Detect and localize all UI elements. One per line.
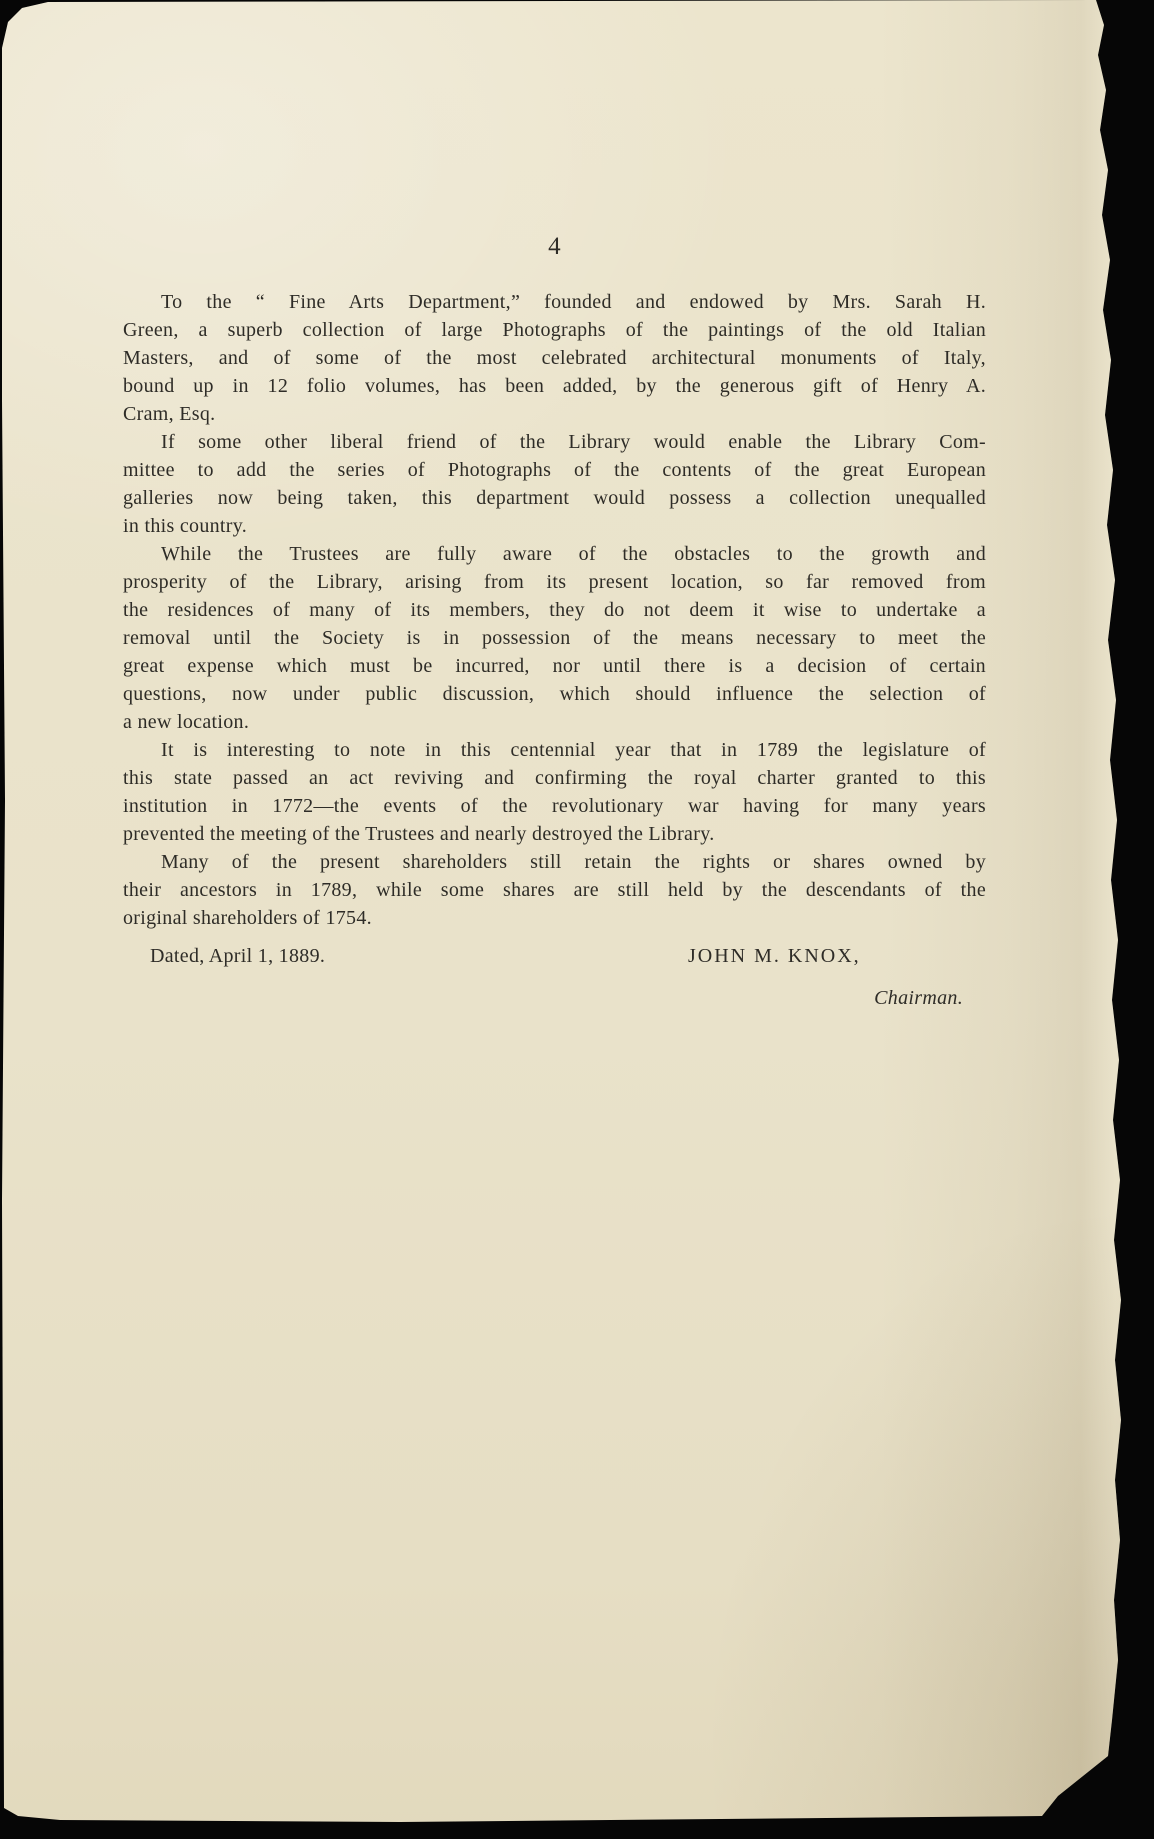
text-line: institution in 1772—the events of the re… [123,792,986,820]
dated-line: Dated, April 1, 1889. [150,945,325,967]
text-line: this state passed an act reviving and co… [123,764,986,792]
text-line: If some other liberal friend of the Libr… [123,428,986,456]
paragraph: Many of the present shareholders still r… [123,848,986,932]
paragraph: It is interesting to note in this centen… [123,736,986,848]
text-line: Many of the present shareholders still r… [123,848,986,876]
document-page: 4 To the “ Fine Arts Department,” founde… [0,0,1126,1839]
text-line: Green, a superb collection of large Phot… [123,316,986,344]
text-line: Cram, Esq. [123,400,986,428]
signature-name: JOHN M. KNOX, [688,942,861,970]
text-line: removal until the Society is in possessi… [123,624,986,652]
paragraph: If some other liberal friend of the Libr… [123,428,986,540]
text-line: prevented the meeting of the Trustees an… [123,820,986,848]
paragraph: To the “ Fine Arts Department,” founded … [123,288,986,428]
text-line: great expense which must be incurred, no… [123,652,986,680]
text-line: mittee to add the series of Photographs … [123,456,986,484]
text-line: in this country. [123,512,986,540]
paragraph: While the Trustees are fully aware of th… [123,540,986,736]
page-content: 4 To the “ Fine Arts Department,” founde… [123,0,986,1012]
text-line: questions, now under public discussion, … [123,680,986,708]
text-line: the residences of many of its members, t… [123,596,986,624]
signature-title: Chairman. [123,984,986,1012]
text-line: bound up in 12 folio volumes, has been a… [123,372,986,400]
signature-block: Dated, April 1, 1889. JOHN M. KNOX, [123,942,986,970]
text-line: a new location. [123,708,986,736]
text-line: It is interesting to note in this centen… [123,736,986,764]
text-line: prosperity of the Library, arising from … [123,568,986,596]
text-line: their ancestors in 1789, while some shar… [123,876,986,904]
text-line: While the Trustees are fully aware of th… [123,540,986,568]
text-line: original shareholders of 1754. [123,904,986,932]
text-line: galleries now being taken, this departme… [123,484,986,512]
page-number: 4 [123,232,986,262]
text-line: Masters, and of some of the most celebra… [123,344,986,372]
text-line: To the “ Fine Arts Department,” founded … [123,288,986,316]
